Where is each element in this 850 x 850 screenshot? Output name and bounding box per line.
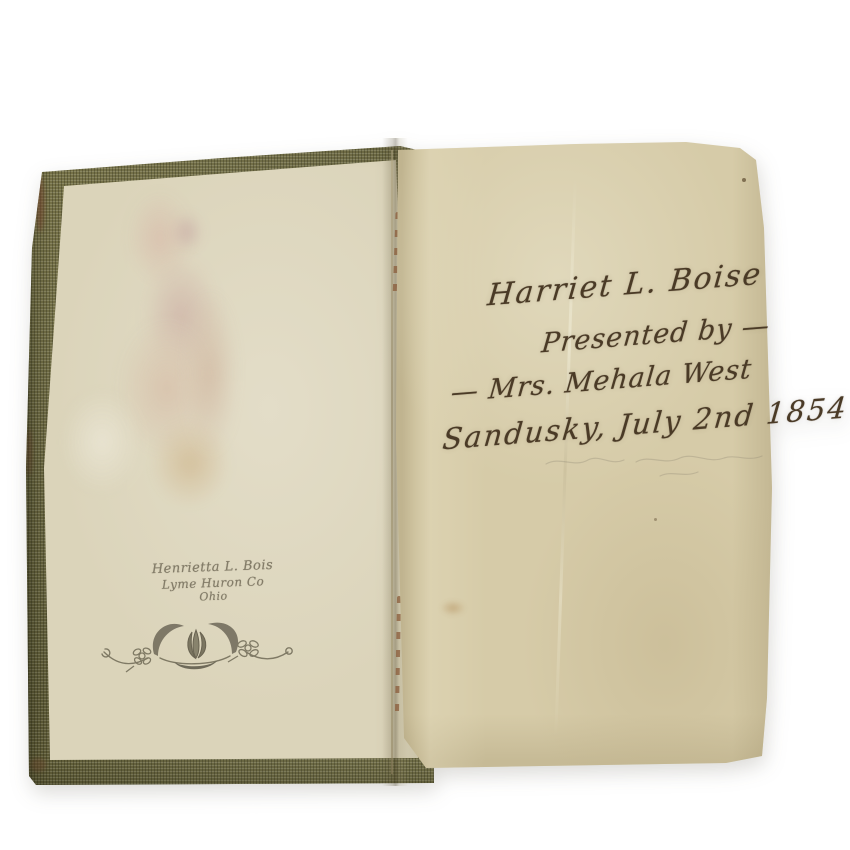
floral-flourish-drawing [96,606,296,684]
gutter-crease-line [391,150,393,774]
page-stain [182,288,238,458]
photo-canvas: Henrietta L. Bois Lyme Huron Co Ohio [0,0,850,850]
page-stain [62,390,142,494]
left-pastedown-page [22,128,434,796]
page-speck [654,518,657,521]
ink-presented-by: Presented by — [540,310,771,359]
faint-pencil-scribble [540,446,770,482]
open-book: Henrietta L. Bois Lyme Huron Co Ohio [0,0,850,850]
page-stain [172,212,202,252]
cover-wear-mark [30,758,46,772]
cover-wear-mark [36,176,44,232]
page-speck [742,178,746,182]
page-stain [440,600,466,616]
pencil-inscription: Henrietta L. Bois Lyme Huron Co Ohio [117,557,308,607]
ink-owner-name: Harriet L. Boise [486,257,764,314]
cover-wear-mark [26,428,32,476]
